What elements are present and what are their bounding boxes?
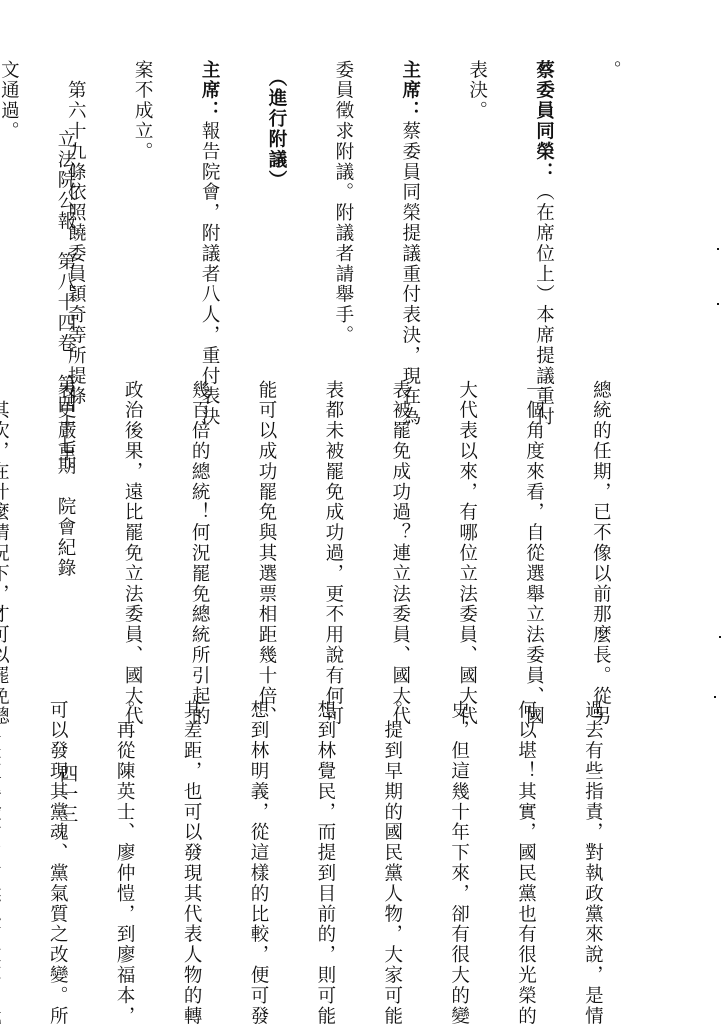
text-column: 委員徵求附議。附議者請舉手。 (332, 60, 354, 360)
text-column: 一個角度來看，自從選舉立法委員、國 (522, 380, 544, 670)
scan-mark (717, 248, 719, 250)
volume-label: 第八十四卷 (55, 252, 76, 354)
bottom-text-block: 過去有些指責，對執政黨來說，是情 何以堪！其實，國民黨也有很光榮的歷 史，但這幾… (0, 700, 648, 990)
text-column: 。 (599, 60, 621, 360)
speaker-line-chair: 主席：報告院會，附議者八人，重付表決 (198, 60, 220, 360)
text-column: 。再從陳英士、廖仲愷，到廖福本，也 (113, 700, 135, 990)
page-number: 四一三 (54, 764, 80, 825)
publication-title: 立法院公報 (55, 130, 76, 232)
text-column: 總統的任期，已不像以前那麼長。從另 (589, 380, 611, 670)
text-column: ，這是值得檢討。當然忠言逆耳，我們 (0, 700, 1, 990)
text-column: 其次，在什麼情況下，才可以罷免總 (0, 380, 9, 670)
text-column: 案不成立。 (131, 60, 153, 360)
speaker-label: 蔡委員同榮： (534, 60, 555, 182)
speaker-label: 主席： (400, 60, 421, 121)
scan-mark (717, 303, 719, 305)
text-column: 想到林明義，從這樣的比較，便可發現 (247, 700, 269, 990)
scan-mark (714, 696, 716, 698)
text-column: 表都未被罷免成功過，更不用說有何可 (322, 380, 344, 670)
text-column: 表被罷免成功過？連立法委員、國大代 (388, 380, 410, 670)
text-column: 幾百倍的總統！何況罷免總統所引起的 (188, 380, 210, 670)
scan-mark (719, 636, 721, 638)
procedure-note: （進行附議） (265, 60, 287, 360)
top-text-block: 。 蔡委員同榮：（在席位上）本席提議重付 表決。 主席：蔡委員同榮提議重付表決，… (0, 60, 666, 360)
text-column: 文通過。 (0, 60, 19, 360)
text-column: 何以堪！其實，國民黨也有很光榮的歷 (514, 700, 536, 990)
middle-text-block: 總統的任期，已不像以前那麼長。從另 一個角度來看，自從選舉立法委員、國 大代表以… (0, 380, 656, 670)
text-column: 。提到早期的國民黨人物，大家可能會 (380, 700, 402, 990)
text-column: 其差距，也可以發現其代表人物的轉變 (180, 700, 202, 990)
text-column: 表決。 (465, 60, 487, 360)
text-column: 政治後果，遠比罷免立法委員、國大代 (121, 380, 143, 670)
speaker-line-chair: 主席：蔡委員同榮提議重付表決，現在為 (398, 60, 420, 360)
text-column: 想到林覺民，而提到目前的，則可能會 (314, 700, 336, 990)
text-column: 大代表以來，有哪位立法委員、國大代 (455, 380, 477, 670)
text-column: 可以發現其黨魂、黨氣質之改變。所以 (46, 700, 68, 990)
text-column: 過去有些指責，對執政黨來說，是情 (581, 700, 603, 990)
speaker-line-tsai: 蔡委員同榮：（在席位上）本席提議重付 (532, 60, 554, 360)
text-column: 能可以成功罷免與其選票相距幾十倍、 (255, 380, 277, 670)
text-column: 史，但這幾十年下來，卻有很大的變化 (447, 700, 469, 990)
speaker-label: 主席： (199, 60, 220, 121)
text-column: 表更嚴重。 (54, 380, 76, 670)
